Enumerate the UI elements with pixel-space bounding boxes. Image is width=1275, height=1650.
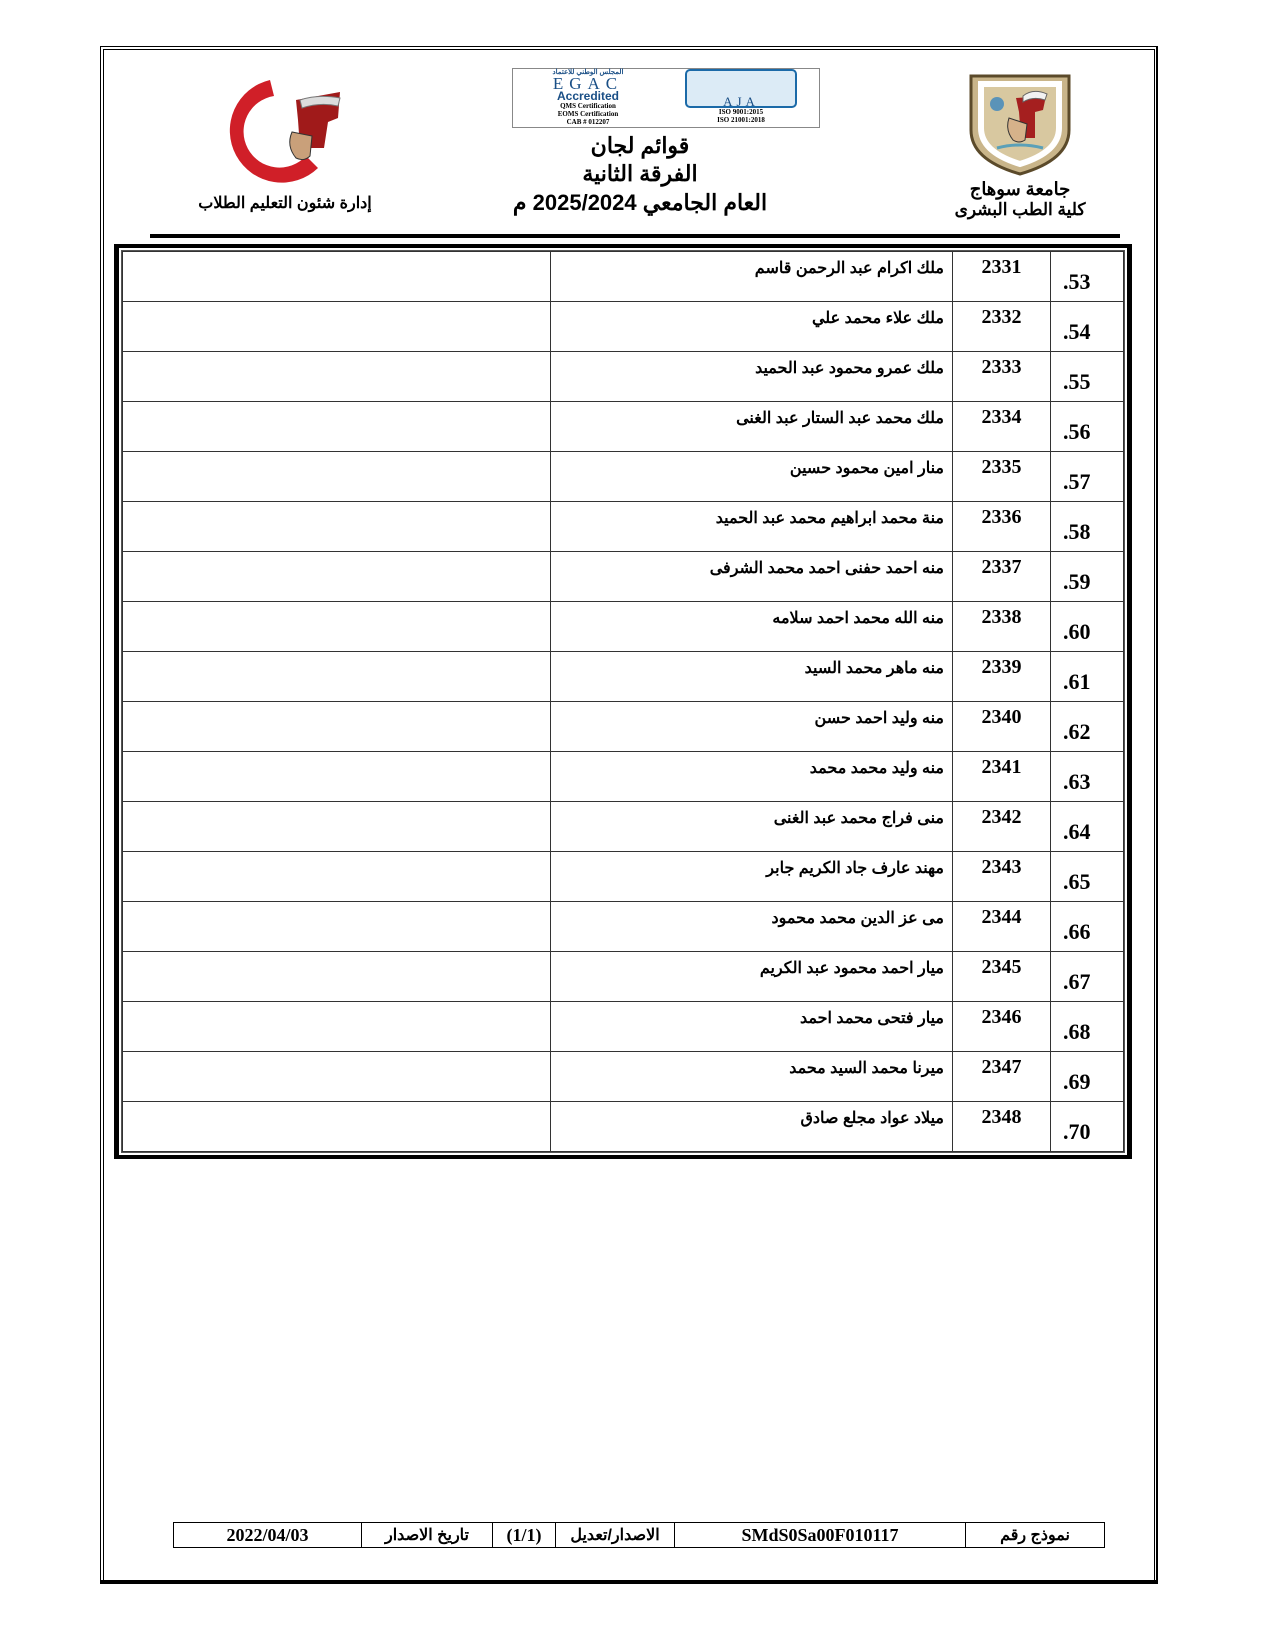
table-row: .562334ملك محمد عبد الستار عبد الغنى (123, 402, 1124, 452)
student-name-cell: منة محمد ابراهيم محمد عبد الحميد (551, 502, 953, 552)
seat-number-cell: 2343 (953, 852, 1051, 902)
table-row: .672345ميار احمد محمود عبد الكريم (123, 952, 1124, 1002)
serial-cell: .61 (1051, 652, 1124, 702)
aja-certificate-icon: AJA ISO 9001:2015 ISO 21001:2018 (663, 69, 819, 127)
faculty-name: كلية الطب البشرى (940, 200, 1100, 220)
signature-cell (123, 802, 551, 852)
signature-cell (123, 702, 551, 752)
seat-number-cell: 2342 (953, 802, 1051, 852)
table-row: .642342منى فراج محمد عبد الغنى (123, 802, 1124, 852)
title-committee-lists: قوائم لجان (440, 132, 840, 160)
certification-logos: المجلس الوطني للاعتماد EGAC Accredited Q… (512, 68, 820, 128)
serial-cell: .63 (1051, 752, 1124, 802)
serial-cell: .59 (1051, 552, 1124, 602)
form-footer: نموذج رقم SMdS0Sa00F010117 الاصدار/تعديل… (173, 1522, 1105, 1548)
university-name: جامعة سوهاج (940, 178, 1100, 200)
faculty-block: إدارة شئون التعليم الطلاب (175, 70, 395, 213)
student-name-cell: ميار فتحى محمد احمد (551, 1002, 953, 1052)
document-titles: قوائم لجان الفرقة الثانية العام الجامعي … (440, 132, 840, 218)
seat-number-cell: 2337 (953, 552, 1051, 602)
student-name-cell: ملك اكرام عبد الرحمن قاسم (551, 252, 953, 302)
table-row: .662344مى عز الدين محمد محمود (123, 902, 1124, 952)
serial-cell: .57 (1051, 452, 1124, 502)
egac-line3: CAB # 012207 (513, 118, 663, 126)
table-row: .582336منة محمد ابراهيم محمد عبد الحميد (123, 502, 1124, 552)
serial-cell: .67 (1051, 952, 1124, 1002)
seat-number-cell: 2336 (953, 502, 1051, 552)
signature-cell (123, 602, 551, 652)
signature-cell (123, 502, 551, 552)
table-row: .652343مهند عارف جاد الكريم جابر (123, 852, 1124, 902)
seat-number-cell: 2340 (953, 702, 1051, 752)
signature-cell (123, 452, 551, 502)
seat-number-cell: 2331 (953, 252, 1051, 302)
signature-cell (123, 652, 551, 702)
signature-cell (123, 402, 551, 452)
seat-number-cell: 2334 (953, 402, 1051, 452)
student-name-cell: ميار احمد محمود عبد الكريم (551, 952, 953, 1002)
students-table: .532331ملك اكرام عبد الرحمن قاسم.542332م… (114, 244, 1132, 1159)
header-divider (150, 234, 1120, 238)
seat-number-cell: 2339 (953, 652, 1051, 702)
student-name-cell: منه احمد حفنى احمد محمد الشرفى (551, 552, 953, 602)
faculty-of-medicine-logo-icon (200, 70, 370, 185)
student-name-cell: منار امين محمود حسين (551, 452, 953, 502)
form-number-label: نموذج رقم (965, 1523, 1104, 1547)
serial-cell: .56 (1051, 402, 1124, 452)
aja-line1: ISO 9001:2015 (719, 108, 763, 116)
seat-number-cell: 2341 (953, 752, 1051, 802)
signature-cell (123, 902, 551, 952)
table-row: .682346ميار فتحى محمد احمد (123, 1002, 1124, 1052)
sohag-university-seal-icon (961, 68, 1079, 176)
table-row: .542332ملك علاء محمد علي (123, 302, 1124, 352)
signature-cell (123, 1102, 551, 1152)
signature-cell (123, 1002, 551, 1052)
student-name-cell: ملك محمد عبد الستار عبد الغنى (551, 402, 953, 452)
serial-cell: .53 (1051, 252, 1124, 302)
seat-number-cell: 2344 (953, 902, 1051, 952)
student-name-cell: مى عز الدين محمد محمود (551, 902, 953, 952)
table-row: .622340منه وليد احمد حسن (123, 702, 1124, 752)
egac-certificate-icon: المجلس الوطني للاعتماد EGAC Accredited Q… (513, 69, 663, 127)
student-name-cell: ملك علاء محمد علي (551, 302, 953, 352)
seat-number-cell: 2345 (953, 952, 1051, 1002)
table-row: .602338منه الله محمد احمد سلامه (123, 602, 1124, 652)
serial-cell: .70 (1051, 1102, 1124, 1152)
seat-number-cell: 2335 (953, 452, 1051, 502)
serial-cell: .69 (1051, 1052, 1124, 1102)
table-row: .612339منه ماهر محمد السيد (123, 652, 1124, 702)
signature-cell (123, 952, 551, 1002)
serial-cell: .62 (1051, 702, 1124, 752)
egac-line2: EOMS Certification (513, 110, 663, 118)
aja-globe-icon: AJA (685, 69, 797, 108)
signature-cell (123, 552, 551, 602)
page-border-right (1156, 46, 1158, 1583)
signature-cell (123, 302, 551, 352)
student-name-cell: منه وليد محمد محمد (551, 752, 953, 802)
issue-date-label: تاريخ الاصدار (361, 1523, 492, 1547)
student-name-cell: منه الله محمد احمد سلامه (551, 602, 953, 652)
serial-cell: .68 (1051, 1002, 1124, 1052)
student-name-cell: منى فراج محمد عبد الغنى (551, 802, 953, 852)
signature-cell (123, 1052, 551, 1102)
table-row: .592337منه احمد حفنى احمد محمد الشرفى (123, 552, 1124, 602)
department-name: إدارة شئون التعليم الطلاب (175, 193, 395, 213)
signature-cell (123, 252, 551, 302)
signature-cell (123, 752, 551, 802)
form-number-value: SMdS0Sa00F010117 (674, 1523, 965, 1547)
edition-label: الاصدار/تعديل (555, 1523, 674, 1547)
table-row: .532331ملك اكرام عبد الرحمن قاسم (123, 252, 1124, 302)
signature-cell (123, 852, 551, 902)
student-name-cell: منه وليد احمد حسن (551, 702, 953, 752)
title-year-level: الفرقة الثانية (440, 160, 840, 188)
serial-cell: .64 (1051, 802, 1124, 852)
serial-cell: .60 (1051, 602, 1124, 652)
edition-value: (1/1) (492, 1523, 555, 1547)
university-block: جامعة سوهاج كلية الطب البشرى (940, 68, 1100, 220)
serial-cell: .55 (1051, 352, 1124, 402)
table-row: .702348ميلاد عواد مجلع صادق (123, 1102, 1124, 1152)
aja-line2: ISO 21001:2018 (717, 116, 765, 124)
table-row: .692347ميرنا محمد السيد محمد (123, 1052, 1124, 1102)
table-row: .552333ملك عمرو محمود عبد الحميد (123, 352, 1124, 402)
table-row: .632341منه وليد محمد محمد (123, 752, 1124, 802)
seat-number-cell: 2347 (953, 1052, 1051, 1102)
seat-number-cell: 2338 (953, 602, 1051, 652)
title-academic-year: العام الجامعي 2025/2024 م (440, 188, 840, 218)
seat-number-cell: 2348 (953, 1102, 1051, 1152)
egac-line1: QMS Certification (513, 102, 663, 110)
signature-cell (123, 352, 551, 402)
issue-date-value: 2022/04/03 (174, 1523, 361, 1547)
egac-accredited: Accredited (513, 91, 663, 102)
student-name-cell: منه ماهر محمد السيد (551, 652, 953, 702)
seat-number-cell: 2346 (953, 1002, 1051, 1052)
serial-cell: .54 (1051, 302, 1124, 352)
student-name-cell: ميلاد عواد مجلع صادق (551, 1102, 953, 1152)
student-name-cell: مهند عارف جاد الكريم جابر (551, 852, 953, 902)
seat-number-cell: 2332 (953, 302, 1051, 352)
student-name-cell: ملك عمرو محمود عبد الحميد (551, 352, 953, 402)
table-row: .572335منار امين محمود حسين (123, 452, 1124, 502)
serial-cell: .66 (1051, 902, 1124, 952)
serial-cell: .65 (1051, 852, 1124, 902)
seat-number-cell: 2333 (953, 352, 1051, 402)
page-border-bottom (100, 1580, 1158, 1583)
student-name-cell: ميرنا محمد السيد محمد (551, 1052, 953, 1102)
serial-cell: .58 (1051, 502, 1124, 552)
